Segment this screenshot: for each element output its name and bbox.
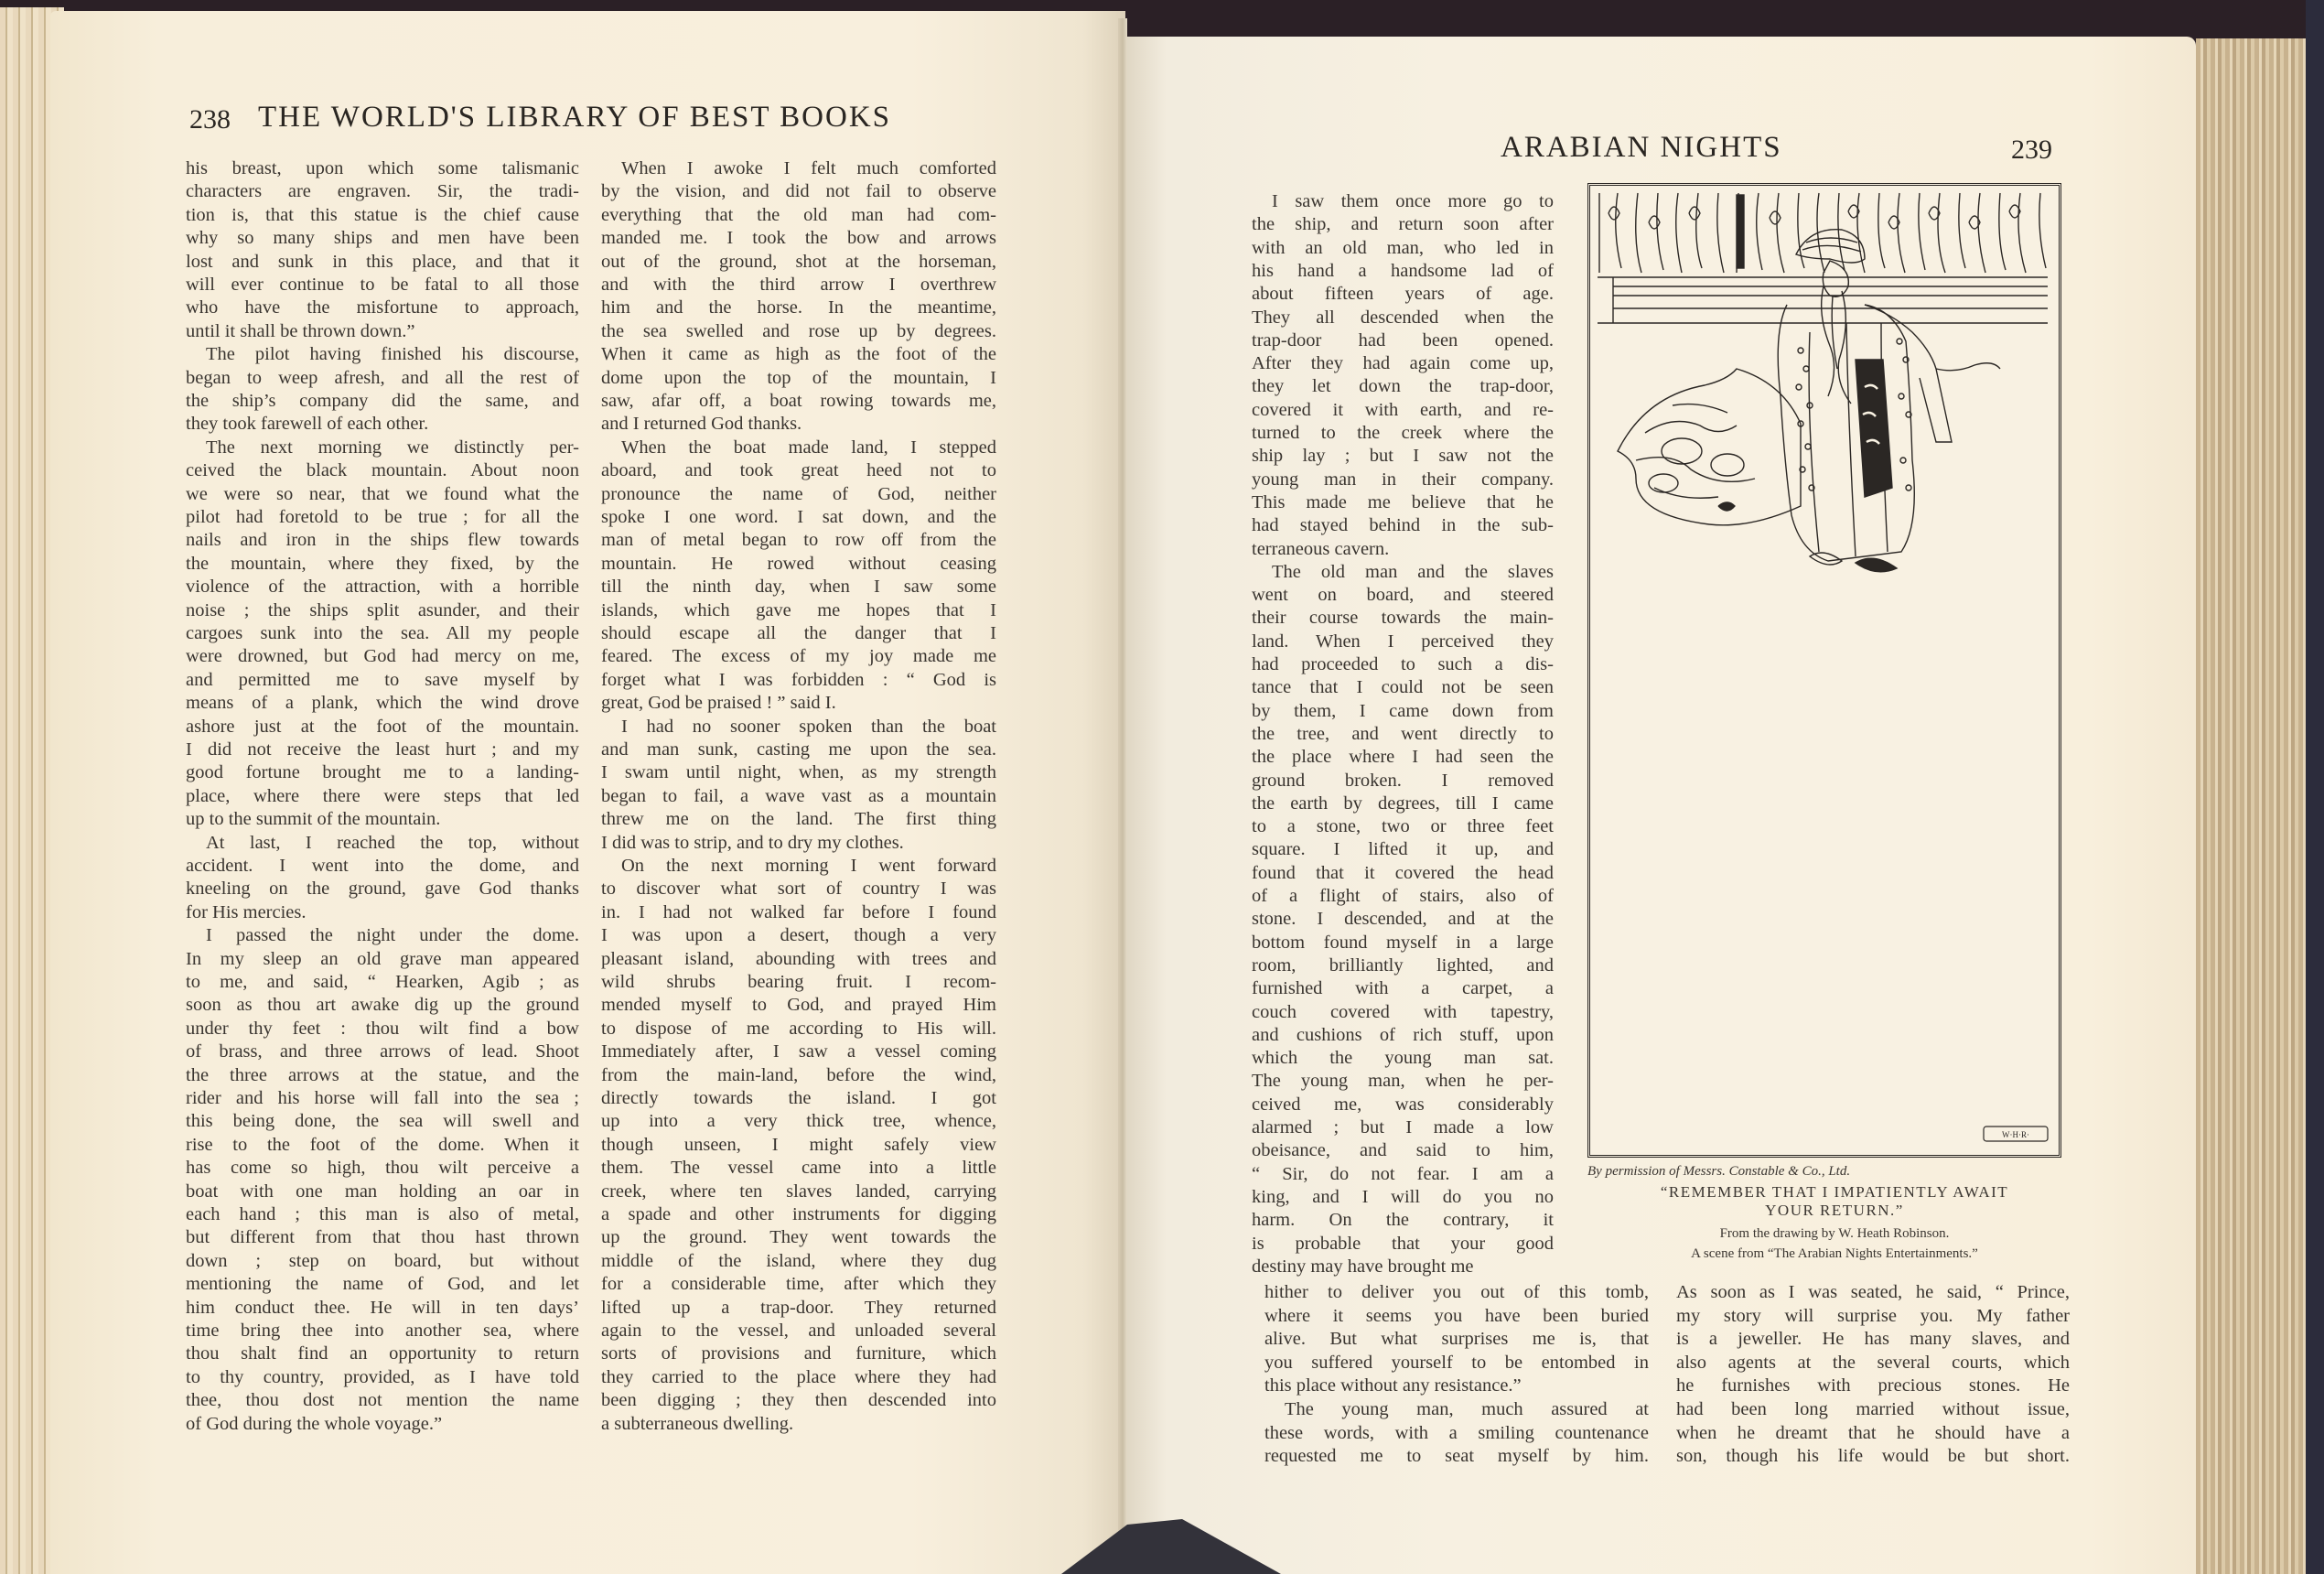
text-line: also agents at the several courts, which bbox=[1676, 1352, 2070, 1375]
text-line: directly towards the island. I got bbox=[601, 1087, 996, 1110]
text-line: ceived me, was considerably bbox=[1252, 1094, 1554, 1116]
svg-text:W·H·R·: W·H·R· bbox=[2002, 1130, 2029, 1139]
text-line: and with the third arrow I overthrew bbox=[601, 274, 996, 296]
text-line: man of metal began to row off from the bbox=[601, 529, 996, 552]
text-line: I did not receive the least hurt ; and m… bbox=[186, 738, 579, 761]
text-line: thou shalt find an opportunity to return bbox=[186, 1342, 579, 1365]
text-line: of brass, and three arrows of lead. Shoo… bbox=[186, 1040, 579, 1063]
text-line: alarmed ; but I made a low bbox=[1252, 1116, 1554, 1139]
text-line: who have the misfortune to approach, bbox=[186, 296, 579, 319]
text-line: bottom found myself in a large bbox=[1252, 932, 1554, 954]
text-line: At last, I reached the top, without bbox=[186, 832, 579, 855]
text-line: tion is, that this statue is the chief c… bbox=[186, 204, 579, 227]
text-line: When it came as high as the foot of the bbox=[601, 343, 996, 366]
text-line: spoke I one word. I sat down, and the bbox=[601, 506, 996, 529]
text-line: In my sleep an old grave man appeared bbox=[186, 948, 579, 971]
text-line: they carried to the place where they had bbox=[601, 1366, 996, 1389]
book-gutter bbox=[1118, 18, 1127, 1574]
text-line: began to weep afresh, and all the rest o… bbox=[186, 367, 579, 390]
text-line: up to the summit of the mountain. bbox=[186, 808, 579, 831]
text-line: tance that I could not be seen bbox=[1252, 676, 1554, 699]
text-line: “ Sir, do not fear. I am a bbox=[1252, 1163, 1554, 1186]
text-line: obeisance, and said to him, bbox=[1252, 1139, 1554, 1162]
text-line: were drowned, but God had mercy on me, bbox=[186, 645, 579, 668]
text-line: I saw them once more go to bbox=[1252, 190, 1554, 213]
text-line: of a flight of stairs, also of bbox=[1252, 885, 1554, 908]
text-line: down ; step on board, but without bbox=[186, 1250, 579, 1273]
text-line: and I returned God thanks. bbox=[601, 413, 996, 436]
page-number-left: 238 bbox=[189, 104, 231, 135]
text-line: ship lay ; but I saw not the bbox=[1252, 445, 1554, 468]
text-line: when he dreamt that he should have a bbox=[1676, 1422, 2070, 1445]
illustration-credit: By permission of Messrs. Constable & Co.… bbox=[1587, 1164, 1850, 1180]
text-line: The young man, when he per- bbox=[1252, 1070, 1554, 1093]
text-line: we were so near, that we found what the bbox=[186, 483, 579, 506]
page-number-right: 239 bbox=[2011, 135, 2052, 166]
text-line: why so many ships and men have been bbox=[186, 227, 579, 250]
text-line: nails and iron in the ships flew towards bbox=[186, 529, 579, 552]
text-line: alive. But what surprises me is, that bbox=[1264, 1328, 1649, 1351]
text-line: for His mercies. bbox=[186, 901, 579, 924]
text-line: this being done, the sea will swell and bbox=[186, 1110, 579, 1133]
text-line: boat with one man holding an oar in bbox=[186, 1180, 579, 1203]
text-line: up the ground. They went towards the bbox=[601, 1226, 996, 1249]
text-line: to dispose of me according to His will. bbox=[601, 1018, 996, 1040]
text-line: they took farewell of each other. bbox=[186, 413, 579, 436]
text-line: to discover what sort of country I was bbox=[601, 878, 996, 900]
text-line: for a considerable time, after which the… bbox=[601, 1273, 996, 1296]
running-title-right: ARABIAN NIGHTS bbox=[1501, 131, 1782, 165]
text-line: trap-door had been opened. bbox=[1252, 329, 1554, 352]
text-line: everything that the old man had com- bbox=[601, 204, 996, 227]
text-line: ground broken. I removed bbox=[1252, 770, 1554, 792]
text-line: time bring thee into another sea, where bbox=[186, 1320, 579, 1342]
text-line: good fortune brought me to a landing- bbox=[186, 761, 579, 784]
text-line: stone. I descended, and at the bbox=[1252, 908, 1554, 931]
text-line: After they had again come up, bbox=[1252, 352, 1554, 375]
text-line: son, though his life would be but short. bbox=[1676, 1445, 2070, 1468]
text-line: about fifteen years of age. bbox=[1252, 283, 1554, 306]
text-line: my story will surprise you. My father bbox=[1676, 1305, 2070, 1328]
text-line: middle of the island, where they dug bbox=[601, 1250, 996, 1273]
text-line: will ever continue to be fatal to all th… bbox=[186, 274, 579, 296]
text-line: covered it with earth, and re- bbox=[1252, 399, 1554, 422]
text-line: under thy feet : thou wilt find a bow bbox=[186, 1018, 579, 1040]
text-line: manded me. I took the bow and arrows bbox=[601, 227, 996, 250]
text-line: Immediately after, I saw a vessel coming bbox=[601, 1040, 996, 1063]
text-line: to thy country, provided, as I have told bbox=[186, 1366, 579, 1389]
text-line: the mountain, where they fixed, by the bbox=[186, 553, 579, 576]
text-line: feared. The excess of my joy made me bbox=[601, 645, 996, 668]
illustration-old-man-in-robes: W·H·R· bbox=[1587, 183, 2061, 1158]
text-line: which the young man sat. bbox=[1252, 1047, 1554, 1070]
illustration-drawing: W·H·R· bbox=[1590, 186, 2059, 1155]
text-line: of God during the whole voyage.” bbox=[186, 1413, 579, 1436]
text-line: a subterraneous dwelling. bbox=[601, 1413, 996, 1436]
text-line: When I awoke I felt much comforted bbox=[601, 157, 996, 180]
text-line: in. I had not walked far before I found bbox=[601, 901, 996, 924]
text-line: out of the ground, shot at the horseman, bbox=[601, 251, 996, 274]
text-line: ashore just at the foot of the mountain. bbox=[186, 716, 579, 738]
text-line: I swam until night, when, as my strength bbox=[601, 761, 996, 784]
text-line: mended myself to God, and prayed Him bbox=[601, 994, 996, 1017]
text-line: you suffered yourself to be entombed in bbox=[1264, 1352, 1649, 1375]
text-line: them. The vessel came into a little bbox=[601, 1157, 996, 1180]
text-line: mentioning the name of God, and let bbox=[186, 1273, 579, 1296]
text-line: destiny may have brought me bbox=[1252, 1256, 1554, 1278]
text-line: hither to deliver you out of this tomb, bbox=[1264, 1281, 1649, 1304]
text-line: I was upon a desert, though a very bbox=[601, 924, 996, 947]
text-line: islands, which gave me hopes that I bbox=[601, 599, 996, 622]
illustration-scene: A scene from “The Arabian Nights Enterta… bbox=[1619, 1246, 2050, 1262]
text-line: though unseen, I might safely view bbox=[601, 1134, 996, 1157]
text-line: requested me to seat myself by him. bbox=[1264, 1445, 1649, 1468]
text-line: pleasant island, abounding with trees an… bbox=[601, 948, 996, 971]
text-line: rider and his horse will fall into the s… bbox=[186, 1087, 579, 1110]
text-line: should escape all the danger that I bbox=[601, 622, 996, 645]
text-line: The pilot having finished his discourse, bbox=[186, 343, 579, 366]
text-line: square. I lifted it up, and bbox=[1252, 838, 1554, 861]
text-line: forget what I was forbidden : “ God is bbox=[601, 669, 996, 692]
text-line: and cushions of rich stuff, upon bbox=[1252, 1024, 1554, 1047]
text-line: their course towards the main- bbox=[1252, 607, 1554, 630]
text-line: him conduct thee. He will in ten days’ bbox=[186, 1297, 579, 1320]
text-line: means of a plank, which the wind drove bbox=[186, 692, 579, 715]
text-line: great, God be praised ! ” said I. bbox=[601, 692, 996, 715]
text-line: They all descended when the bbox=[1252, 307, 1554, 329]
text-line: king, and I will do you no bbox=[1252, 1186, 1554, 1209]
text-line: soon as thou art awake dig up the ground bbox=[186, 994, 579, 1017]
text-line: found that it covered the head bbox=[1252, 862, 1554, 885]
text-line: till the ninth day, when I saw some bbox=[601, 576, 996, 598]
text-line: he furnishes with precious stones. He bbox=[1676, 1375, 2070, 1397]
text-line: wild shrubs bearing fruit. I recom- bbox=[601, 971, 996, 994]
text-line: sorts of provisions and furniture, which bbox=[601, 1342, 996, 1365]
text-line: creek, where ten slaves landed, carrying bbox=[601, 1180, 996, 1203]
text-line: by the vision, and did not fail to obser… bbox=[601, 180, 996, 203]
text-line: terraneous cavern. bbox=[1252, 538, 1554, 561]
text-line: to a stone, two or three feet bbox=[1252, 815, 1554, 838]
text-line: until it shall be thrown down.” bbox=[186, 320, 579, 343]
text-line: The young man, much assured at bbox=[1264, 1398, 1649, 1421]
text-line: had proceeded to such a dis- bbox=[1252, 653, 1554, 676]
right-page-edges bbox=[2196, 38, 2310, 1574]
text-line: aboard, and took great heed not to bbox=[601, 459, 996, 482]
text-line: I passed the night under the dome. bbox=[186, 924, 579, 947]
text-line: the three arrows at the statue, and the bbox=[186, 1064, 579, 1087]
text-line: pronounce the name of God, neither bbox=[601, 483, 996, 506]
text-line: place, where there were steps that led bbox=[186, 785, 579, 808]
text-line: violence of the attraction, with a horri… bbox=[186, 576, 579, 598]
running-title-left: THE WORLD'S LIBRARY OF BEST BOOKS bbox=[258, 101, 891, 135]
text-line: cargoes sunk into the sea. All my people bbox=[186, 622, 579, 645]
text-line: This made me believe that he bbox=[1252, 491, 1554, 514]
text-line: from the main-land, before the wind, bbox=[601, 1064, 996, 1087]
text-line: lifted up a trap-door. They returned bbox=[601, 1297, 996, 1320]
text-line: where it seems you have been buried bbox=[1264, 1305, 1649, 1328]
text-line: this place without any resistance.” bbox=[1264, 1375, 1649, 1397]
book-cover-edge bbox=[2306, 0, 2324, 1574]
text-line: furnished with a carpet, a bbox=[1252, 977, 1554, 1000]
text-line: again to the vessel, and unloaded severa… bbox=[601, 1320, 996, 1342]
text-line: is probable that your good bbox=[1252, 1233, 1554, 1256]
text-line: the earth by degrees, till I came bbox=[1252, 792, 1554, 815]
text-line: pilot had foretold to be true ; for all … bbox=[186, 506, 579, 529]
curtain-pattern bbox=[1599, 193, 2046, 273]
text-line: dome upon the top of the mountain, I bbox=[601, 367, 996, 390]
text-line: young man in their company. bbox=[1252, 469, 1554, 491]
text-line: they let down the trap-door, bbox=[1252, 375, 1554, 398]
text-line: up into a very thick tree, whence, bbox=[601, 1110, 996, 1133]
text-line: saw, afar off, a boat rowing towards me, bbox=[601, 390, 996, 413]
text-line: noise ; the ships split asunder, and the… bbox=[186, 599, 579, 622]
text-line: The next morning we distinctly per- bbox=[186, 437, 579, 459]
text-line: has come so high, thou wilt perceive a bbox=[186, 1157, 579, 1180]
text-line: rise to the foot of the dome. When it bbox=[186, 1134, 579, 1157]
text-line: The old man and the slaves bbox=[1252, 561, 1554, 584]
illustration-title-line-2: YOUR RETURN.” bbox=[1619, 1202, 2050, 1220]
text-line: On the next morning I went forward bbox=[601, 855, 996, 878]
text-line: threw me on the land. The first thing bbox=[601, 808, 996, 831]
text-line: the ship, and return soon after bbox=[1252, 213, 1554, 236]
text-line: thee, thou dost not mention the name bbox=[186, 1389, 579, 1412]
illustration-title-line-1: “REMEMBER THAT I IMPATIENTLY AWAIT bbox=[1619, 1183, 2050, 1202]
text-line: his breast, upon which some talismanic bbox=[186, 157, 579, 180]
text-line: accident. I went into the dome, and bbox=[186, 855, 579, 878]
text-line: a spade and other instruments for diggin… bbox=[601, 1203, 996, 1226]
text-line: I did was to strip, and to dry my clothe… bbox=[601, 832, 996, 855]
text-line: I had no sooner spoken than the boat bbox=[601, 716, 996, 738]
text-line: him and the horse. In the meantime, bbox=[601, 296, 996, 319]
text-line: had stayed behind in the sub- bbox=[1252, 514, 1554, 537]
text-line: harm. On the contrary, it bbox=[1252, 1209, 1554, 1232]
text-line: and permitted me to save myself by bbox=[186, 669, 579, 692]
text-line: each hand ; this man is also of metal, bbox=[186, 1203, 579, 1226]
text-line: the ship’s company did the same, and bbox=[186, 390, 579, 413]
text-line: is a jeweller. He has many slaves, and bbox=[1676, 1328, 2070, 1351]
text-line: lost and sunk in this place, and that it bbox=[186, 251, 579, 274]
illustration-title: “REMEMBER THAT I IMPATIENTLY AWAIT YOUR … bbox=[1619, 1183, 2050, 1220]
text-line: land. When I perceived they bbox=[1252, 631, 1554, 653]
text-line: room, brilliantly lighted, and bbox=[1252, 954, 1554, 977]
text-line: the tree, and went directly to bbox=[1252, 723, 1554, 746]
text-line: ceived the black mountain. About noon bbox=[186, 459, 579, 482]
text-line: the sea swelled and rose up by degrees. bbox=[601, 320, 996, 343]
text-line: had been long married without issue, bbox=[1676, 1398, 2070, 1421]
text-line: As soon as I was seated, he said, “ Prin… bbox=[1676, 1281, 2070, 1304]
artist-monogram: W·H·R· bbox=[1984, 1127, 2048, 1141]
text-line: kneeling on the ground, gave God thanks bbox=[186, 878, 579, 900]
text-line: with an old man, who led in bbox=[1252, 237, 1554, 260]
text-line: the place where I had seen the bbox=[1252, 746, 1554, 769]
text-line: went on board, and steered bbox=[1252, 584, 1554, 607]
text-line: his hand a handsome lad of bbox=[1252, 260, 1554, 283]
text-line: and man sunk, casting me upon the sea. bbox=[601, 738, 996, 761]
text-line: but different from that thou hast thrown bbox=[186, 1226, 579, 1249]
text-line: began to fail, a wave vast as a mountain bbox=[601, 785, 996, 808]
text-line: When the boat made land, I stepped bbox=[601, 437, 996, 459]
text-line: these words, with a smiling countenance bbox=[1264, 1422, 1649, 1445]
illustration-source: From the drawing by W. Heath Robinson. bbox=[1619, 1226, 2050, 1242]
text-line: mountain. He rowed without ceasing bbox=[601, 553, 996, 576]
text-line: been digging ; they then descended into bbox=[601, 1389, 996, 1412]
text-line: characters are engraven. Sir, the tradi- bbox=[186, 180, 579, 203]
text-line: turned to the creek where the bbox=[1252, 422, 1554, 445]
text-line: couch covered with tapestry, bbox=[1252, 1001, 1554, 1024]
text-line: to me, and said, “ Hearken, Agib ; as bbox=[186, 971, 579, 994]
text-line: by them, I came down from bbox=[1252, 700, 1554, 723]
